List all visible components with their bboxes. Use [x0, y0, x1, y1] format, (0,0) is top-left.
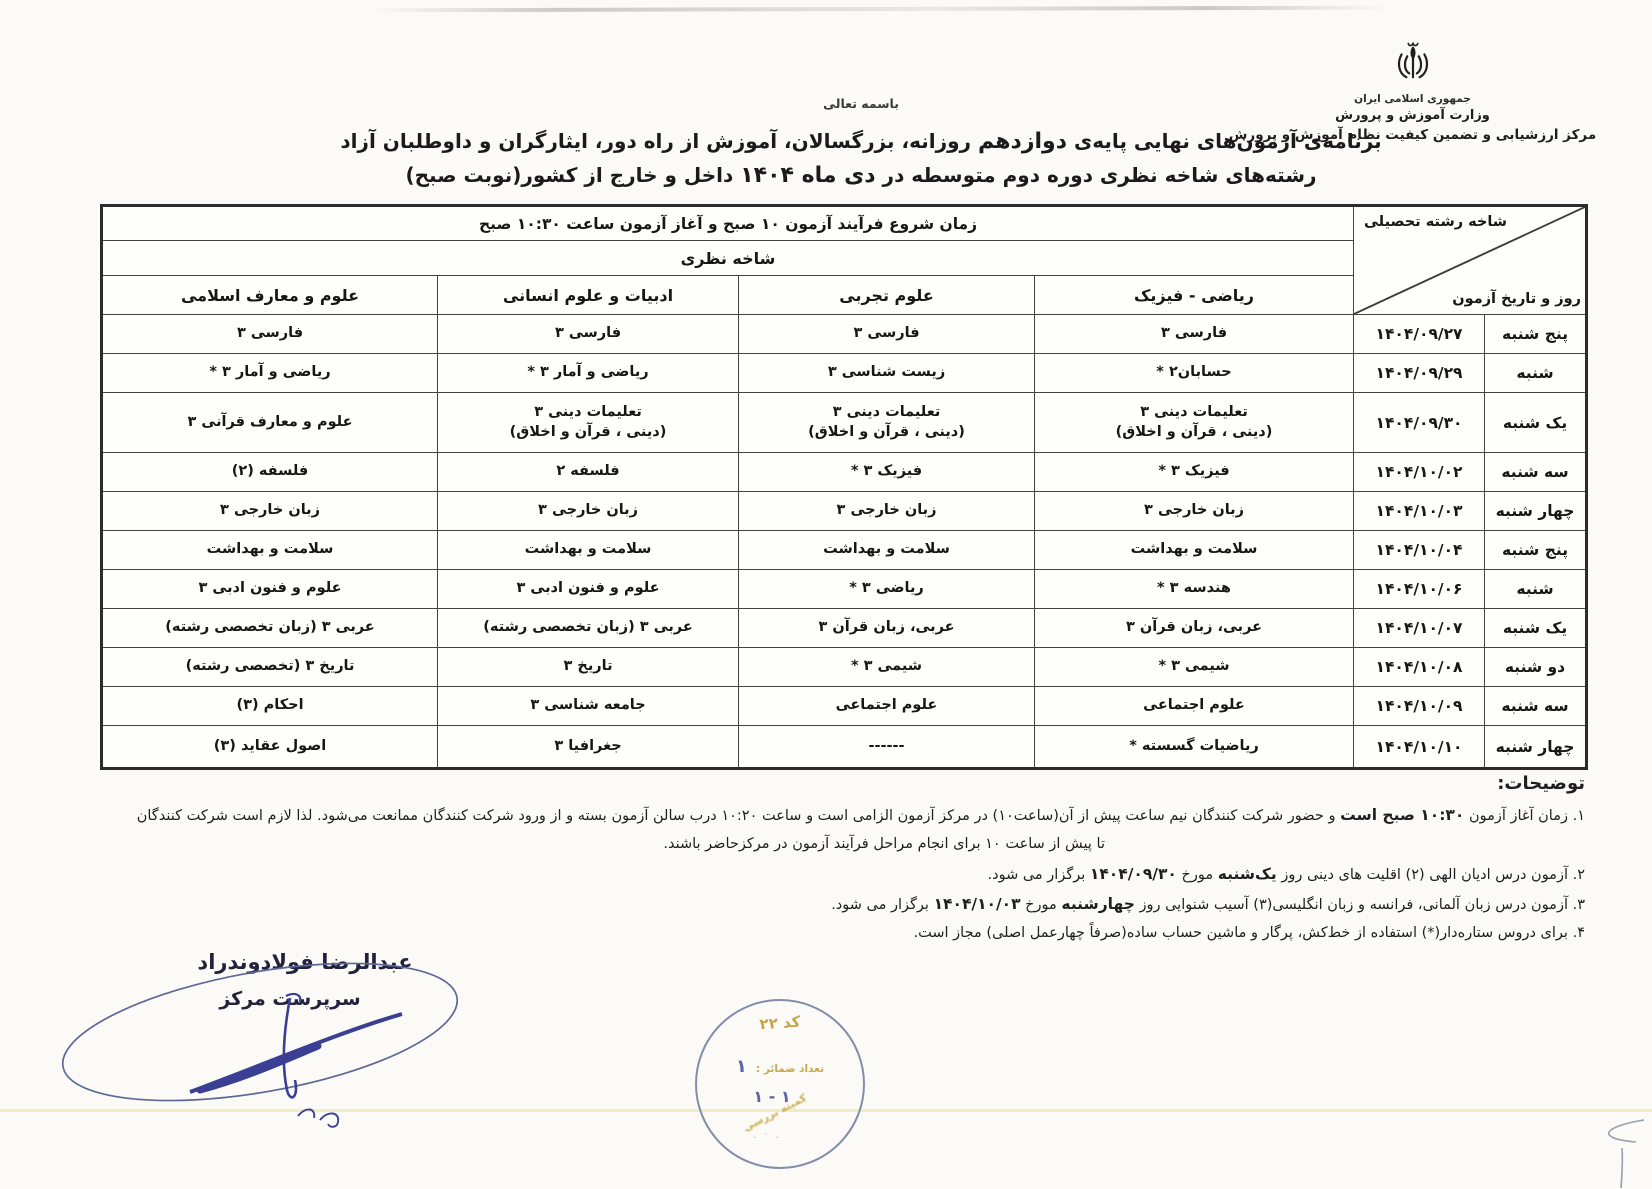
exam-subject-cell: فارسی ۳	[102, 315, 438, 354]
exam-date: ۱۴۰۴/۱۰/۰۳	[1354, 492, 1485, 531]
exam-subject-cell: عربی، زبان قرآن ۳	[739, 609, 1035, 648]
title1-grade: دوازدهم	[978, 129, 1067, 154]
exam-subject-cell: عربی ۳ (زبان تخصصی رشته)	[102, 609, 438, 648]
scan-streak	[370, 6, 1390, 13]
exam-subject-cell: سلامت و بهداشت	[739, 531, 1035, 570]
exam-subject-cell: اصول عقاید (۳)	[102, 726, 438, 769]
exam-subject-cell: فلسفه ۲	[438, 453, 739, 492]
exam-subject-cell: عربی ۳ (زبان تخصصی رشته)	[438, 609, 739, 648]
column-header-math-physics: ریاضی - فیزیک	[1035, 276, 1354, 315]
exam-subject-cell: احکام (۳)	[102, 687, 438, 726]
note2-bold-day: یک‌شنبه	[1218, 865, 1277, 883]
exam-subject-cell: شیمی ۳ *	[739, 648, 1035, 687]
exam-subject-cell: تاریخ ۳	[438, 648, 739, 687]
exam-subject-cell: فارسی ۳	[1035, 315, 1354, 354]
exam-date: ۱۴۰۴/۰۹/۳۰	[1354, 393, 1485, 453]
table-row: سه شنبه۱۴۰۴/۱۰/۰۹علوم اجتماعیعلوم اجتماع…	[102, 687, 1587, 726]
stamp-attach-label: تعداد ضمائر :	[756, 1063, 824, 1075]
exam-date: ۱۴۰۴/۱۰/۰۸	[1354, 648, 1485, 687]
exam-subject-cell: سلامت و بهداشت	[1035, 531, 1354, 570]
exam-subject-cell: حسابان۲ *	[1035, 354, 1354, 393]
note-3: ۳. آزمون درس زبان آلمانی، فرانسه و زبان …	[55, 889, 1585, 919]
document-titles: باسمه تعالی برنامه‌ی آزمون‌های نهایی پای…	[70, 96, 1652, 193]
title2-post: داخل و خارج از کشور(نوبت صبح)	[405, 163, 740, 187]
title2-month: دی ماه ۱۴۰۴	[740, 163, 875, 188]
column-header-humanities: ادبیات و علوم انسانی	[438, 276, 739, 315]
stamp-dots: · ˙ ·	[697, 1133, 837, 1144]
exam-date: ۱۴۰۴/۰۹/۲۹	[1354, 354, 1485, 393]
exam-subject-cell: تعلیمات دینی ۳ (دینی ، قرآن و اخلاق)	[438, 393, 739, 453]
note3-post: برگزار می شود.	[831, 897, 933, 913]
notes-heading: توضیحات:	[55, 773, 1585, 794]
exam-date: ۱۴۰۴/۱۰/۰۹	[1354, 687, 1485, 726]
exam-day: چهار شنبه	[1485, 492, 1587, 531]
pen-mark	[1556, 1112, 1652, 1189]
exam-date: ۱۴۰۴/۱۰/۰۴	[1354, 531, 1485, 570]
exam-subject-cell: سلامت و بهداشت	[102, 531, 438, 570]
note2-pre: ۲. آزمون درس ادیان الهی (۲) اقلیت های دی…	[1277, 867, 1585, 883]
note1-post: و حضور شرکت کنندگان نیم ساعت پیش از آن(س…	[137, 808, 1340, 824]
note3-bold-date: ۱۴۰۴/۱۰/۰۳	[934, 895, 1021, 913]
exam-date: ۱۴۰۴/۱۰/۰۲	[1354, 453, 1485, 492]
exam-date: ۱۴۰۴/۱۰/۱۰	[1354, 726, 1485, 769]
scanned-exam-schedule-document: جمهوری اسلامی ایران وزارت آموزش و پرورش …	[0, 0, 1652, 1189]
exam-subject-cell: زبان خارجی ۳	[1035, 492, 1354, 531]
stamp-code-label: کد ۲۲	[697, 1008, 864, 1038]
note3-pre: ۳. آزمون درس زبان آلمانی، فرانسه و زبان …	[1135, 897, 1585, 913]
exam-subject-cell: فارسی ۳	[438, 315, 739, 354]
exam-day: سه شنبه	[1485, 687, 1587, 726]
exam-subject-cell: جامعه شناسی ۳	[438, 687, 739, 726]
stamp-attachments: تعداد ضمائر : ۱	[705, 1056, 855, 1077]
exam-day: سه شنبه	[1485, 453, 1587, 492]
exam-subject-cell: زبان خارجی ۳	[739, 492, 1035, 531]
exam-day: چهار شنبه	[1485, 726, 1587, 769]
title1-post: روزانه، بزرگسالان، آموزش از راه دور، ایث…	[340, 129, 978, 153]
exam-day: شنبه	[1485, 570, 1587, 609]
table-row: یک شنبه۱۴۰۴/۰۹/۳۰تعلیمات دینی ۳ (دینی ، …	[102, 393, 1587, 453]
exam-subject-cell: زبان خارجی ۳	[102, 492, 438, 531]
exam-subject-cell: ریاضی ۳ *	[739, 570, 1035, 609]
exam-day: شنبه	[1485, 354, 1587, 393]
table-row: چهار شنبه۱۴۰۴/۱۰/۱۰ریاضیات گسسته *------…	[102, 726, 1587, 769]
approval-stamp: کد ۲۲ تعداد ضمائر : ۱ ۱ - ۱ کمیته بررسی …	[695, 999, 865, 1169]
note-2: ۲. آزمون درس ادیان الهی (۲) اقلیت های دی…	[55, 859, 1585, 889]
exam-subject-cell: علوم و معارف قرآنی ۳	[102, 393, 438, 453]
exam-subject-cell: ریاضی و آمار ۳ *	[102, 354, 438, 393]
note3-mid: مورخ	[1021, 897, 1062, 913]
note1-pre: ۱. زمان آغاز آزمون	[1464, 808, 1585, 824]
title-line-1: برنامه‌ی آزمون‌های نهایی پایه‌ی دوازدهم …	[70, 125, 1652, 159]
column-header-experimental: علوم تجربی	[739, 276, 1035, 315]
exam-subject-cell: فیزیک ۳ *	[739, 453, 1035, 492]
title-line-2: رشته‌های شاخه نظری دوره دوم متوسطه در دی…	[70, 159, 1652, 193]
exam-subject-cell: علوم اجتماعی	[1035, 687, 1354, 726]
table-time-band: زمان شروع فرآیند آزمون ۱۰ صبح و آغاز آزم…	[102, 206, 1354, 241]
note2-post: برگزار می شود.	[988, 867, 1090, 883]
note2-mid: مورخ	[1177, 867, 1218, 883]
table-row: چهار شنبه۱۴۰۴/۱۰/۰۳زبان خارجی ۳زبان خارج…	[102, 492, 1587, 531]
column-header-islamic: علوم و معارف اسلامی	[102, 276, 438, 315]
exam-subject-cell: عربی، زبان قرآن ۳	[1035, 609, 1354, 648]
table-row: شنبه۱۴۰۴/۰۹/۲۹حسابان۲ *زیست شناسی ۳ریاضی…	[102, 354, 1587, 393]
exam-date: ۱۴۰۴/۱۰/۰۷	[1354, 609, 1485, 648]
exam-subject-cell: ریاضی و آمار ۳ *	[438, 354, 739, 393]
iran-emblem-icon	[1394, 40, 1432, 90]
handwritten-signature	[50, 940, 480, 1130]
note3-bold-day: چهارشنبه	[1061, 895, 1134, 913]
exam-subject-cell: تعلیمات دینی ۳ (دینی ، قرآن و اخلاق)	[739, 393, 1035, 453]
table-row: دو شنبه۱۴۰۴/۱۰/۰۸شیمی ۳ *شیمی ۳ *تاریخ ۳…	[102, 648, 1587, 687]
exam-subject-cell: فلسفه (۲)	[102, 453, 438, 492]
exam-schedule-table: شاخه رشته تحصیلی روز و تاریخ آزمون زمان …	[100, 204, 1588, 770]
exam-subject-cell: شیمی ۳ *	[1035, 648, 1354, 687]
note1-bold-time: ۱۰:۳۰ صبح است	[1340, 806, 1464, 824]
exam-date: ۱۴۰۴/۰۹/۲۷	[1354, 315, 1485, 354]
exam-day: پنج شنبه	[1485, 531, 1587, 570]
exam-subject-cell: سلامت و بهداشت	[438, 531, 739, 570]
table-row: یک شنبه۱۴۰۴/۱۰/۰۷عربی، زبان قرآن ۳عربی، …	[102, 609, 1587, 648]
table-row: پنج شنبه۱۴۰۴/۱۰/۰۴سلامت و بهداشتسلامت و …	[102, 531, 1587, 570]
table-corner-cell: شاخه رشته تحصیلی روز و تاریخ آزمون	[1354, 206, 1587, 315]
title1-pre: برنامه‌ی آزمون‌های نهایی پایه‌ی	[1067, 129, 1382, 153]
exam-day: پنج شنبه	[1485, 315, 1587, 354]
corner-label-date: روز و تاریخ آزمون	[1452, 291, 1581, 307]
table-branch-band: شاخه نظری	[102, 241, 1354, 276]
exam-subject-cell: زیست شناسی ۳	[739, 354, 1035, 393]
exam-subject-cell: فیزیک ۳ *	[1035, 453, 1354, 492]
exam-subject-cell: ------	[739, 726, 1035, 769]
table-row: شنبه۱۴۰۴/۱۰/۰۶هندسه ۳ *ریاضی ۳ *علوم و ف…	[102, 570, 1587, 609]
exam-day: یک شنبه	[1485, 393, 1587, 453]
besmele-text: باسمه تعالی	[70, 96, 1652, 111]
exam-day: دو شنبه	[1485, 648, 1587, 687]
stamp-attach-value: ۱	[736, 1056, 747, 1077]
exam-subject-cell: ریاضیات گسسته *	[1035, 726, 1354, 769]
notes-section: توضیحات: ۱. زمان آغاز آزمون ۱۰:۳۰ صبح اس…	[55, 773, 1585, 947]
exam-subject-cell: تعلیمات دینی ۳ (دینی ، قرآن و اخلاق)	[1035, 393, 1354, 453]
exam-subject-cell: جغرافیا ۳	[438, 726, 739, 769]
exam-subject-cell: فارسی ۳	[739, 315, 1035, 354]
title2-pre: رشته‌های شاخه نظری دوره دوم متوسطه در	[876, 163, 1317, 187]
exam-day: یک شنبه	[1485, 609, 1587, 648]
exam-subject-cell: علوم و فنون ادبی ۳	[438, 570, 739, 609]
corner-label-branch: شاخه رشته تحصیلی	[1364, 214, 1507, 230]
table-row: پنج شنبه۱۴۰۴/۰۹/۲۷فارسی ۳فارسی ۳فارسی ۳ف…	[102, 315, 1587, 354]
exam-subject-cell: تاریخ ۳ (تخصصی رشته)	[102, 648, 438, 687]
note-1: ۱. زمان آغاز آزمون ۱۰:۳۰ صبح است و حضور …	[55, 800, 1585, 830]
exam-subject-cell: علوم اجتماعی	[739, 687, 1035, 726]
exam-date: ۱۴۰۴/۱۰/۰۶	[1354, 570, 1485, 609]
exam-subject-cell: علوم و فنون ادبی ۳	[102, 570, 438, 609]
note2-bold-date: ۱۴۰۴/۰۹/۳۰	[1090, 865, 1177, 883]
exam-subject-cell: هندسه ۳ *	[1035, 570, 1354, 609]
table-row: سه شنبه۱۴۰۴/۱۰/۰۲فیزیک ۳ *فیزیک ۳ *فلسفه…	[102, 453, 1587, 492]
note-1-continuation: تا پیش از ساعت ۱۰ برای انجام مراحل فرآین…	[55, 830, 1105, 858]
exam-subject-cell: زبان خارجی ۳	[438, 492, 739, 531]
